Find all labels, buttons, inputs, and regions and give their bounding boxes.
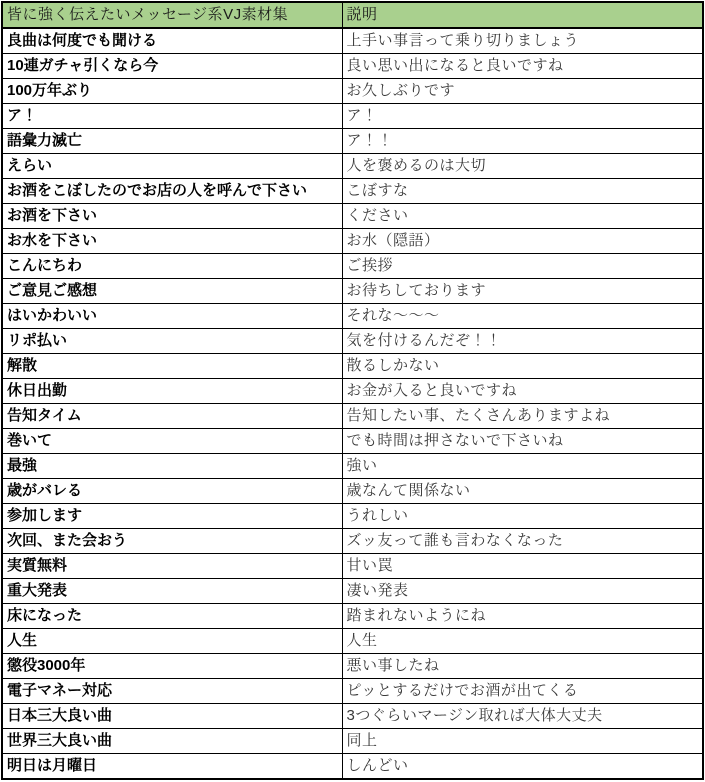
sheet-background: 皆に強く伝えたいメッセージ系VJ素材集 説明 良曲は何度でも聞ける 上手い事言っ… bbox=[0, 0, 705, 782]
term-cell: 100万年ぶり bbox=[2, 79, 342, 104]
description-cell: ご挨拶 bbox=[342, 254, 703, 279]
term-cell: 告知タイム bbox=[2, 404, 342, 429]
term-cell: 解散 bbox=[2, 354, 342, 379]
term-cell: 世界三大良い曲 bbox=[2, 729, 342, 754]
table-row: お酒をこぼしたのでお店の人を呼んで下さい こぼすな bbox=[2, 179, 703, 204]
table-row: 次回、また会おう ズッ友って誰も言わなくなった bbox=[2, 529, 703, 554]
description-cell: ピッとするだけでお酒が出てくる bbox=[342, 679, 703, 704]
table-row: えらい 人を褒めるのは大切 bbox=[2, 154, 703, 179]
term-cell: はいかわいい bbox=[2, 304, 342, 329]
term-cell: 巻いて bbox=[2, 429, 342, 454]
table-row: 人生 人生 bbox=[2, 629, 703, 654]
term-cell: ご意見ご感想 bbox=[2, 279, 342, 304]
term-cell: えらい bbox=[2, 154, 342, 179]
table-row: 100万年ぶり お久しぶりです bbox=[2, 79, 703, 104]
term-cell: 重大発表 bbox=[2, 579, 342, 604]
term-cell: 明日は月曜日 bbox=[2, 754, 342, 780]
term-cell: お酒をこぼしたのでお店の人を呼んで下さい bbox=[2, 179, 342, 204]
description-cell: お久しぶりです bbox=[342, 79, 703, 104]
description-cell: 悪い事したね bbox=[342, 654, 703, 679]
table-row: 語彙力滅亡 ア！！ bbox=[2, 129, 703, 154]
table-row: リポ払い 気を付けるんだぞ！！ bbox=[2, 329, 703, 354]
description-cell: 強い bbox=[342, 454, 703, 479]
description-cell: 甘い罠 bbox=[342, 554, 703, 579]
description-cell: ア！！ bbox=[342, 129, 703, 154]
description-cell: 3つぐらいマージン取れば大体大丈夫 bbox=[342, 704, 703, 729]
term-cell: 日本三大良い曲 bbox=[2, 704, 342, 729]
table-row: 休日出勤 お金が入ると良いですね bbox=[2, 379, 703, 404]
description-cell: 上手い事言って乗り切りましょう bbox=[342, 28, 703, 54]
term-cell: 実質無料 bbox=[2, 554, 342, 579]
description-cell: 人生 bbox=[342, 629, 703, 654]
table-row: 解散 散るしかない bbox=[2, 354, 703, 379]
description-cell: 凄い発表 bbox=[342, 579, 703, 604]
description-cell: お水（隠語） bbox=[342, 229, 703, 254]
term-cell: 次回、また会おう bbox=[2, 529, 342, 554]
table-row: こんにちわ ご挨拶 bbox=[2, 254, 703, 279]
term-cell: 参加します bbox=[2, 504, 342, 529]
description-cell: 散るしかない bbox=[342, 354, 703, 379]
description-cell: 良い思い出になると良いですね bbox=[342, 54, 703, 79]
table-row: 巻いて でも時間は押さないで下さいね bbox=[2, 429, 703, 454]
table-row: 実質無料 甘い罠 bbox=[2, 554, 703, 579]
table-row: 歳がバレる 歳なんて関係ない bbox=[2, 479, 703, 504]
description-cell: 人を褒めるのは大切 bbox=[342, 154, 703, 179]
description-cell: こぼすな bbox=[342, 179, 703, 204]
table-row: 懲役3000年 悪い事したね bbox=[2, 654, 703, 679]
term-cell: 休日出勤 bbox=[2, 379, 342, 404]
table-row: 床になった 踏まれないようにね bbox=[2, 604, 703, 629]
description-cell: ズッ友って誰も言わなくなった bbox=[342, 529, 703, 554]
table-row: ご意見ご感想 お待ちしております bbox=[2, 279, 703, 304]
term-cell: 10連ガチャ引くなら今 bbox=[2, 54, 342, 79]
description-cell: お金が入ると良いですね bbox=[342, 379, 703, 404]
term-cell: 人生 bbox=[2, 629, 342, 654]
term-cell: 語彙力滅亡 bbox=[2, 129, 342, 154]
table-row: お酒を下さい ください bbox=[2, 204, 703, 229]
term-cell: 電子マネー対応 bbox=[2, 679, 342, 704]
table-row: 電子マネー対応 ピッとするだけでお酒が出てくる bbox=[2, 679, 703, 704]
description-cell: 踏まれないようにね bbox=[342, 604, 703, 629]
table-row: はいかわいい それな～～～ bbox=[2, 304, 703, 329]
description-cell: でも時間は押さないで下さいね bbox=[342, 429, 703, 454]
table-row: お水を下さい お水（隠語） bbox=[2, 229, 703, 254]
term-cell: 歳がバレる bbox=[2, 479, 342, 504]
description-cell: 気を付けるんだぞ！！ bbox=[342, 329, 703, 354]
description-cell: それな～～～ bbox=[342, 304, 703, 329]
description-cell: 歳なんて関係ない bbox=[342, 479, 703, 504]
term-cell: お酒を下さい bbox=[2, 204, 342, 229]
table-row: ア！ ア！ bbox=[2, 104, 703, 129]
vj-material-table: 皆に強く伝えたいメッセージ系VJ素材集 説明 良曲は何度でも聞ける 上手い事言っ… bbox=[1, 1, 704, 780]
description-cell: しんどい bbox=[342, 754, 703, 780]
table-row: 参加します うれしい bbox=[2, 504, 703, 529]
header-row: 皆に強く伝えたいメッセージ系VJ素材集 説明 bbox=[2, 2, 703, 28]
term-cell: 良曲は何度でも聞ける bbox=[2, 28, 342, 54]
table-row: 良曲は何度でも聞ける 上手い事言って乗り切りましょう bbox=[2, 28, 703, 54]
term-cell: ア！ bbox=[2, 104, 342, 129]
term-cell: お水を下さい bbox=[2, 229, 342, 254]
table-row: 10連ガチャ引くなら今 良い思い出になると良いですね bbox=[2, 54, 703, 79]
column-header-description: 説明 bbox=[342, 2, 703, 28]
table-row: 明日は月曜日 しんどい bbox=[2, 754, 703, 780]
description-cell: うれしい bbox=[342, 504, 703, 529]
term-cell: 床になった bbox=[2, 604, 342, 629]
description-cell: ください bbox=[342, 204, 703, 229]
description-cell: ア！ bbox=[342, 104, 703, 129]
term-cell: こんにちわ bbox=[2, 254, 342, 279]
table-row: 最強 強い bbox=[2, 454, 703, 479]
table-row: 世界三大良い曲 同上 bbox=[2, 729, 703, 754]
table-row: 重大発表 凄い発表 bbox=[2, 579, 703, 604]
description-cell: 同上 bbox=[342, 729, 703, 754]
column-header-title: 皆に強く伝えたいメッセージ系VJ素材集 bbox=[2, 2, 342, 28]
table-row: 日本三大良い曲 3つぐらいマージン取れば大体大丈夫 bbox=[2, 704, 703, 729]
term-cell: 最強 bbox=[2, 454, 342, 479]
term-cell: 懲役3000年 bbox=[2, 654, 342, 679]
description-cell: 告知したい事、たくさんありますよね bbox=[342, 404, 703, 429]
description-cell: お待ちしております bbox=[342, 279, 703, 304]
term-cell: リポ払い bbox=[2, 329, 342, 354]
table-row: 告知タイム 告知したい事、たくさんありますよね bbox=[2, 404, 703, 429]
